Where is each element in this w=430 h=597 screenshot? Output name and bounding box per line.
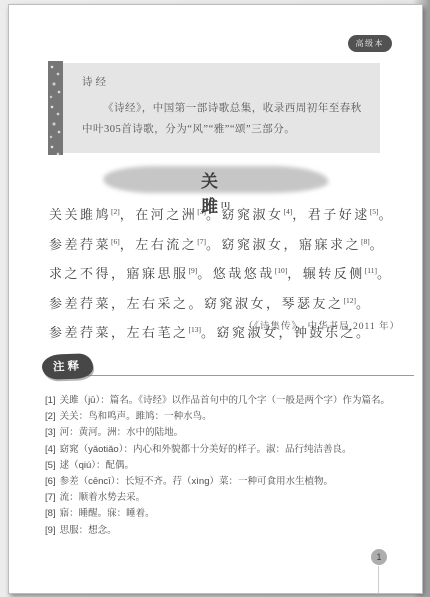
footnote-ref: [11] bbox=[365, 266, 377, 275]
ornament-strip-icon bbox=[48, 61, 63, 155]
note-text: 关雎（jū）：篇名。《诗经》以作品首句中的几个字（一般是两个字）作为篇名。 bbox=[60, 395, 390, 406]
note-marker: [1] bbox=[45, 395, 56, 406]
note-marker: [7] bbox=[45, 492, 56, 503]
footnote-ref: [3] bbox=[197, 207, 206, 216]
note-text: 河：黄河。洲：水中的陆地。 bbox=[60, 427, 184, 438]
footnote-ref: [6] bbox=[111, 237, 120, 246]
source-attribution: （《诗集传》，中华书局 2011 年） bbox=[244, 318, 400, 332]
note-text: 逑（qiú）：配偶。 bbox=[60, 460, 134, 471]
footnote-ref: [9] bbox=[189, 266, 198, 275]
note-text: 流：顺着水势去采。 bbox=[60, 492, 146, 503]
intro-body: 《诗经》，中国第一部诗歌总集，收录西周初年至春秋中叶305首诗歌，分为“风”“雅… bbox=[82, 98, 366, 140]
notes-header: 注释 bbox=[42, 353, 94, 380]
note-text: 思服：想念。 bbox=[60, 525, 117, 536]
note-item: [7]流：顺着水势去采。 bbox=[45, 490, 400, 506]
page-number-badge: 1 bbox=[371, 549, 387, 565]
poem-line: 求之不得，寤寐思服[9]。悠哉悠哉[10]，辗转反侧[11]。 bbox=[49, 260, 414, 290]
intro-title: 诗经 bbox=[82, 74, 366, 89]
footnote-ref: [7] bbox=[197, 237, 206, 246]
note-marker: [6] bbox=[45, 476, 56, 487]
note-marker: [8] bbox=[45, 508, 56, 519]
note-item: [9]思服：想念。 bbox=[45, 523, 400, 539]
footnote-ref: [12] bbox=[344, 296, 357, 305]
poem-title-block: 关 雎[1] bbox=[9, 161, 422, 197]
notes-divider bbox=[47, 375, 414, 376]
footnote-ref: [2] bbox=[111, 207, 120, 216]
notes-list: [1]关雎（jū）：篇名。《诗经》以作品首句中的几个字（一般是两个字）作为篇名。… bbox=[45, 393, 400, 539]
intro-box: 诗经 《诗经》，中国第一部诗歌总集，收录西周初年至春秋中叶305首诗歌，分为“风… bbox=[48, 63, 380, 153]
poem-line: 参差荇菜，左右采之。窈窕淑女，琴瑟友之[12]。 bbox=[49, 290, 414, 320]
note-item: [1]关雎（jū）：篇名。《诗经》以作品首句中的几个字（一般是两个字）作为篇名。 bbox=[45, 393, 400, 409]
poem-line: 关关雎鸠[2]，在河之洲[3]。窈窕淑女[4]，君子好逑[5]。 bbox=[49, 201, 414, 231]
note-marker: [2] bbox=[45, 411, 56, 422]
footnote-ref: [8] bbox=[361, 237, 370, 246]
note-item: [6]参差（cēncī）：长短不齐。荇（xìng）菜：一种可食用水生植物。 bbox=[45, 474, 400, 490]
note-text: 窈窕（yǎotiǎo）：内心和外貌都十分美好的样子。淑：品行纯洁善良。 bbox=[60, 444, 352, 455]
footnote-ref: [13] bbox=[189, 325, 202, 334]
note-marker: [3] bbox=[45, 427, 56, 438]
edition-badge: 高级本 bbox=[348, 35, 393, 52]
note-item: [4]窈窕（yǎotiǎo）：内心和外貌都十分美好的样子。淑：品行纯洁善良。 bbox=[45, 442, 400, 458]
note-marker: [4] bbox=[45, 444, 56, 455]
poem-line: 参差荇菜[6]，左右流之[7]。窈窕淑女，寤寐求之[8]。 bbox=[49, 231, 414, 261]
note-marker: [5] bbox=[45, 460, 56, 471]
note-item: [8]寤：睡醒。寐：睡着。 bbox=[45, 506, 400, 522]
footnote-ref: [10] bbox=[275, 266, 288, 275]
page-number-line bbox=[378, 566, 379, 593]
book-page: 高级本 诗经 《诗经》，中国第一部诗歌总集，收录西周初年至春秋中叶305首诗歌，… bbox=[8, 4, 423, 594]
note-item: [5]逑（qiú）：配偶。 bbox=[45, 458, 400, 474]
footnote-ref: [5] bbox=[370, 207, 379, 216]
note-text: 关关：鸟和鸣声。雎鸠：一种水鸟。 bbox=[60, 411, 212, 422]
note-item: [2]关关：鸟和鸣声。雎鸠：一种水鸟。 bbox=[45, 409, 400, 425]
note-text: 寤：睡醒。寐：睡着。 bbox=[60, 508, 155, 519]
footnote-ref: [4] bbox=[284, 207, 293, 216]
note-marker: [9] bbox=[45, 525, 56, 536]
note-item: [3]河：黄河。洲：水中的陆地。 bbox=[45, 425, 400, 441]
note-text: 参差（cēncī）：长短不齐。荇（xìng）菜：一种可食用水生植物。 bbox=[60, 476, 333, 487]
